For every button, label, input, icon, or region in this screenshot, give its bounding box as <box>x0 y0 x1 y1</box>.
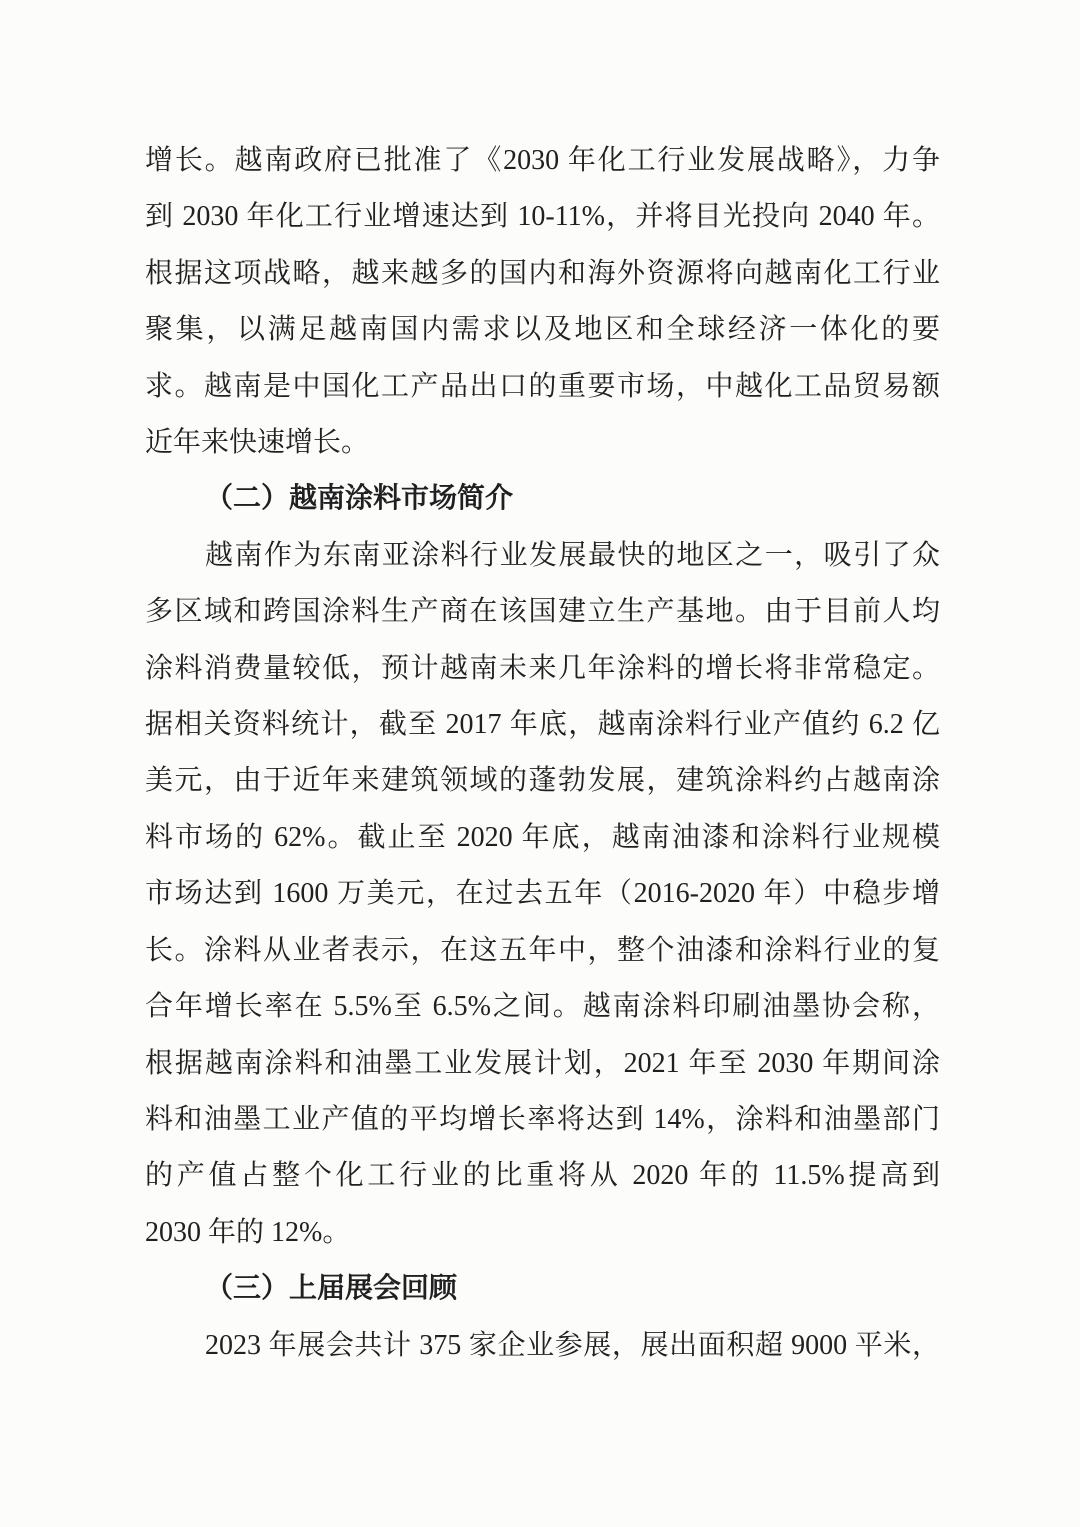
text-line: 2023 年展会共计 375 家企业参展，展出面积超 9000 平米， <box>145 1318 940 1374</box>
text-block: 增长。越南政府已批准了《2030 年化工行业发展战略》，力争 到 2030 年化… <box>145 133 940 1374</box>
text-line: 越南作为东南亚涂料行业发展最快的地区之一，吸引了众 <box>145 528 940 584</box>
text-line: 聚集，以满足越南国内需求以及地区和全球经济一体化的要 <box>145 302 940 358</box>
document-page: 增长。越南政府已批准了《2030 年化工行业发展战略》，力争 到 2030 年化… <box>0 0 1080 1527</box>
text-line: 美元，由于近年来建筑领域的蓬勃发展，建筑涂料约占越南涂 <box>145 753 940 809</box>
text-line: 多区域和跨国涂料生产商在该国建立生产基地。由于目前人均 <box>145 584 940 640</box>
text-line: 市场达到 1600 万美元，在过去五年（2016-2020 年）中稳步增 <box>145 866 940 922</box>
text-line: 求。越南是中国化工产品出口的重要市场，中越化工品贸易额 <box>145 359 940 415</box>
text-line: 涂料消费量较低，预计越南未来几年涂料的增长将非常稳定。 <box>145 641 940 697</box>
text-line: 到 2030 年化工行业增速达到 10-11%，并将目光投向 2040 年。 <box>145 189 940 245</box>
text-line: 根据这项战略，越来越多的国内和海外资源将向越南化工行业 <box>145 246 940 302</box>
text-line: 料市场的 62%。截止至 2020 年底，越南油漆和涂料行业规模 <box>145 810 940 866</box>
text-line: 料和油墨工业产值的平均增长率将达到 14%，涂料和油墨部门 <box>145 1092 940 1148</box>
section-heading: （三）上届展会回顾 <box>145 1261 940 1317</box>
text-line: 根据越南涂料和油墨工业发展计划，2021 年至 2030 年期间涂 <box>145 1036 940 1092</box>
text-line: 据相关资料统计，截至 2017 年底，越南涂料行业产值约 6.2 亿 <box>145 697 940 753</box>
text-line: 增长。越南政府已批准了《2030 年化工行业发展战略》，力争 <box>145 133 940 189</box>
text-line: 近年来快速增长。 <box>145 415 940 471</box>
text-line: 长。涂料从业者表示，在这五年中，整个油漆和涂料行业的复 <box>145 923 940 979</box>
text-line: 2030 年的 12%。 <box>145 1205 940 1261</box>
text-line: 合年增长率在 5.5%至 6.5%之间。越南涂料印刷油墨协会称， <box>145 979 940 1035</box>
section-heading: （二）越南涂料市场简介 <box>145 471 940 527</box>
text-line: 的产值占整个化工行业的比重将从 2020 年的 11.5%提高到 <box>145 1148 940 1204</box>
